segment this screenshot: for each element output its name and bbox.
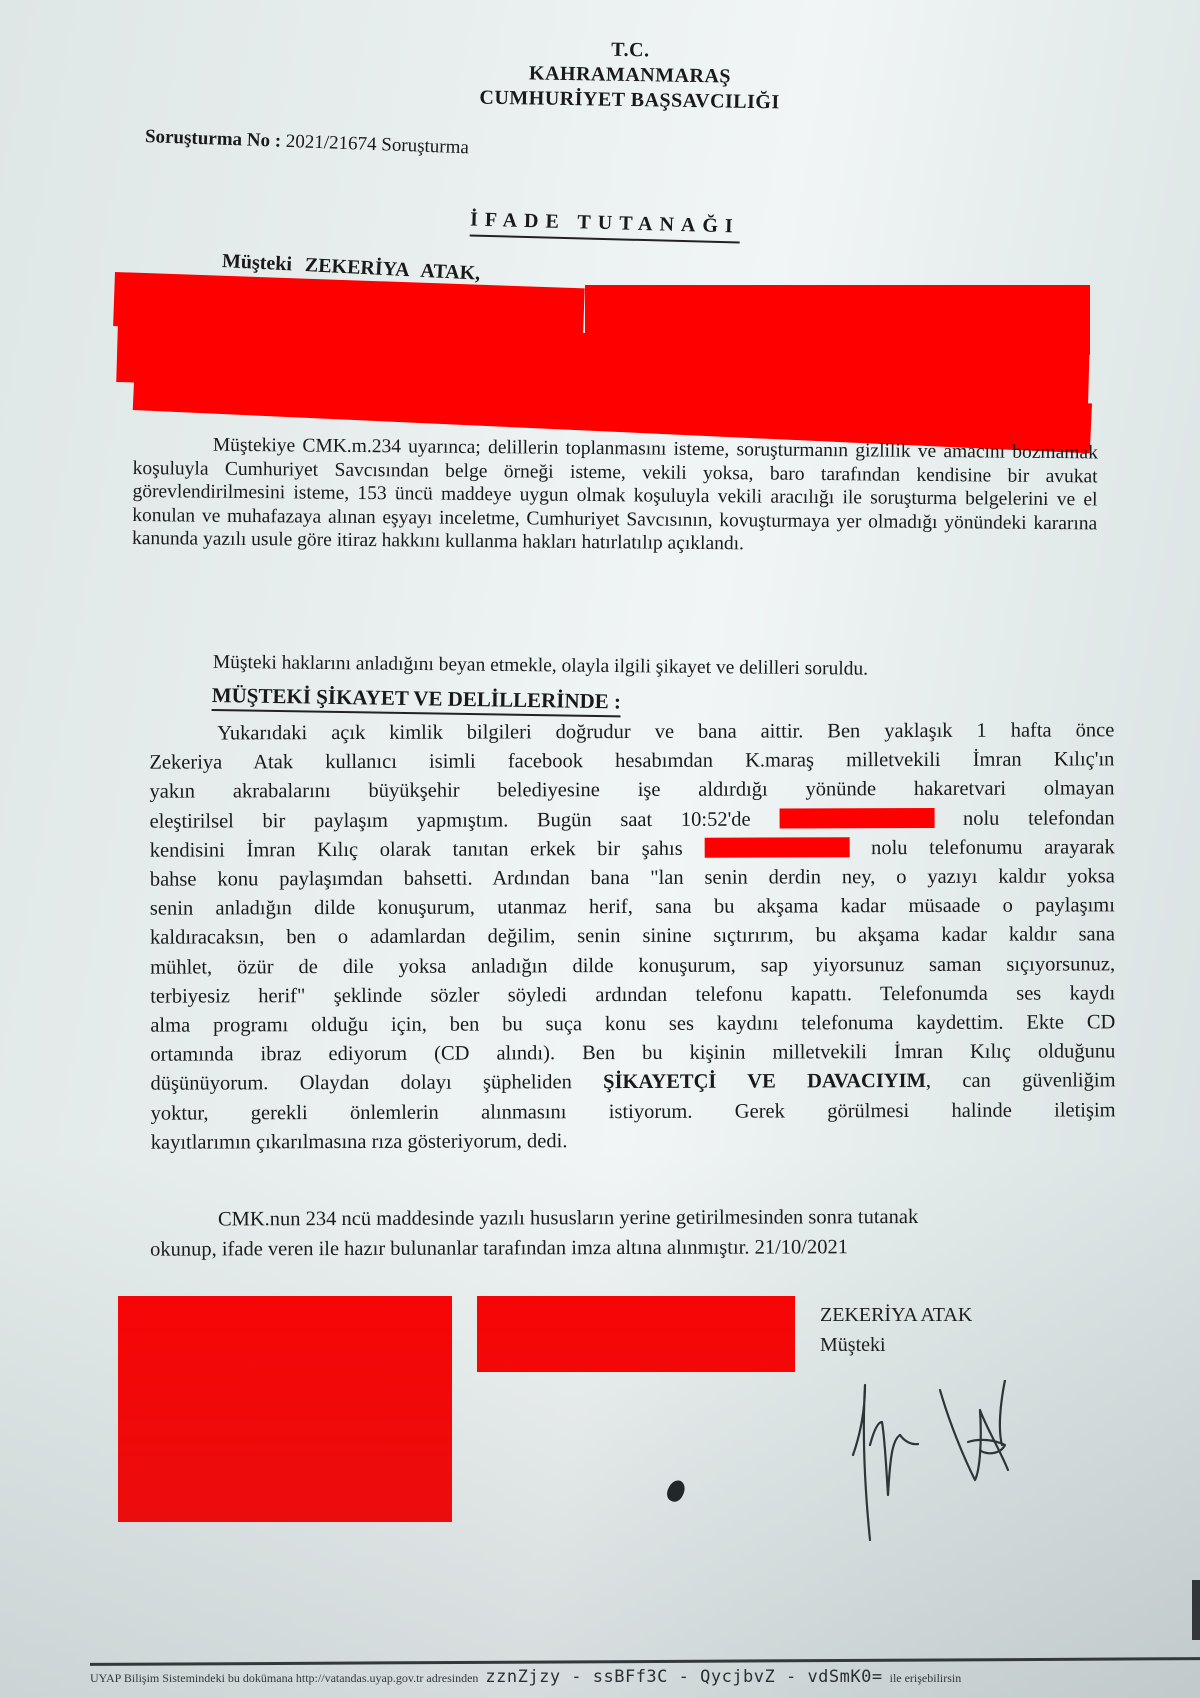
uyap-footer: UYAP Bilişim Sistemindeki bu dokümana ht… <box>90 1667 961 1687</box>
rights-paragraph: Müştekiye CMK.m.234 uyarınca; delillerin… <box>132 433 1098 559</box>
document-page: T.C. KAHRAMANMARAŞ CUMHURİYET BAŞSAVCILI… <box>0 0 1200 1698</box>
footer-rule <box>90 1657 1200 1666</box>
redaction-signature-left <box>118 1296 452 1522</box>
statement-line: yakın akrabalarını büyükşehir belediyesi… <box>149 775 1114 808</box>
investigation-label: Soruşturma No : <box>145 126 282 152</box>
statement-line: mühlet, özür de dile yoksa anladığın dil… <box>150 950 1115 983</box>
statement-line: yoktur, gerekli önlemlerin alınmasını is… <box>151 1096 1116 1129</box>
understood-text: Müşteki haklarını anladığını beyan etmek… <box>213 652 868 680</box>
verification-code: zznZjzy - ssBFf3C - QycjbvZ - vdSmK0= <box>485 1667 882 1687</box>
statement-line: terbiyesiz herif" şeklinde sözler söyled… <box>150 979 1115 1012</box>
statement-line: eleştirilsel bir paylaşım yapmıştım. Bug… <box>150 804 1115 837</box>
page-edge-mark <box>1192 1580 1200 1640</box>
closing-paragraph: CMK.nun 234 ncü maddesinde yazılı hususl… <box>150 1201 1115 1264</box>
statement-line: alma programı olduğu için, ben bu suça k… <box>150 1008 1115 1041</box>
signatory-block: ZEKERİYA ATAK Müşteki <box>820 1300 972 1360</box>
statement-line: bahse konu paylaşımdan bahsetti. Ardında… <box>150 862 1115 895</box>
statement-line: senin anladığın dilde konuşurum, utanmaz… <box>150 892 1115 925</box>
redaction-own-phone <box>704 837 849 858</box>
statement-line: Zekeriya Atak kullanıcı isimli facebook … <box>149 746 1114 779</box>
footer-suffix: ile erişebilirsin <box>890 1671 962 1685</box>
statement-heading: MÜŞTEKİ ŞİKAYET VE DELİLLERİNDE : <box>212 683 622 717</box>
closing-line: okunup, ifade veren ile hazır bulunanlar… <box>150 1231 1115 1264</box>
header-office: CUMHURİYET BAŞSAVCILIĞI <box>439 85 819 116</box>
complaint-declaration: ŞİKAYETÇİ VE DAVACIYIM <box>603 1070 926 1093</box>
footer-prefix: UYAP Bilişim Sistemindeki bu dokümana ht… <box>90 1671 478 1685</box>
statement-line: Yukarıdaki açık kimlik bilgileri doğrudu… <box>149 716 1114 749</box>
redaction-caller-phone <box>779 808 934 829</box>
statement-line: kaldıracaksın, ben o adamlardan değilim,… <box>150 921 1115 954</box>
handwritten-signature <box>830 1380 1100 1550</box>
statement-line: ortamında ibraz ediyorum (CD alındı). Be… <box>150 1038 1115 1071</box>
signatory-name: ZEKERİYA ATAK <box>820 1300 972 1330</box>
rights-text: Müştekiye CMK.m.234 uyarınca; delillerin… <box>132 435 1098 555</box>
signatory-role: Müşteki <box>820 1330 972 1360</box>
document-header: T.C. KAHRAMANMARAŞ CUMHURİYET BAŞSAVCILI… <box>439 35 820 116</box>
statement-line: kayıtlarımın çıkarılmasına rıza gösteriy… <box>151 1125 1116 1158</box>
statement-line: kendisini İmran Kılıç olarak tanıtan erk… <box>150 833 1115 866</box>
redaction-signature-middle <box>477 1296 795 1372</box>
investigation-value: 2021/21674 Soruşturma <box>285 131 469 158</box>
statement-line: düşünüyorum. Olaydan dolayı şüpheliden Ş… <box>150 1067 1115 1100</box>
document-title: İFADE TUTANAĞI <box>470 208 740 243</box>
understood-paragraph: Müşteki haklarını anladığını beyan etmek… <box>133 650 1098 684</box>
statement-paragraph: Yukarıdaki açık kimlik bilgileri doğrudu… <box>149 716 1116 1157</box>
closing-line: CMK.nun 234 ncü maddesinde yazılı hususl… <box>218 1206 918 1230</box>
investigation-number: Soruşturma No : 2021/21674 Soruşturma <box>145 126 470 159</box>
ink-dot <box>664 1478 688 1505</box>
